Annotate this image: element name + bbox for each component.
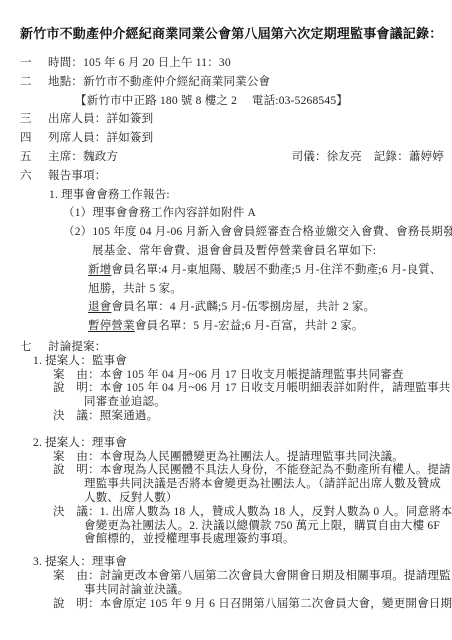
meta-attendees-text: 出席人員：詳如簽到: [48, 110, 153, 129]
new-members-list-text: 會員名單:4 月-東旭陽、駿居不動產;5 月-住洋不動產;6 月-良質、: [111, 264, 441, 276]
mc-label: 司儀：徐友亮: [292, 148, 362, 167]
section-reports-text: 報告事項：: [48, 167, 107, 186]
withdrawn-members-list-text: 會員名單：4 月-武麟;5 月-伍零捌房屋，共計 2 家。: [111, 301, 375, 313]
proposal-2-resolution-line1: 決 議：1. 出席人數為 18 人，贊成人數為 18 人，反對人數為 0 人。同…: [20, 506, 446, 520]
section-reports-heading: 六 報告事項：: [20, 167, 446, 186]
suspended-members-list-text: 會員名單：5 月-宏益;6 月-百富，共計 2 家。: [135, 320, 364, 332]
proposal-3-case-line1: 案 由：討論更改本會第八屆第二次會員大會開會日期及相關事項。提請理監: [20, 570, 446, 584]
proposal-1-desc-line1: 說 明：本會 105 年 04 月~06 月 17 日收支月帳明細表詳如附件，請…: [20, 382, 446, 396]
section-proposals-text: 討論提案：: [48, 341, 107, 355]
proposal-2-desc-line3: 人數、反對人數）: [20, 492, 446, 506]
meta-chair-text: 主席：魏政方: [48, 148, 118, 167]
proposal-1-proposer: 1. 提案人：監事會: [20, 355, 446, 369]
withdrawn-members-underlined-label: 退會: [88, 301, 111, 313]
withdrawn-members-line: 退會會員名單：4 月-武麟;5 月-伍零捌房屋，共計 2 家。: [20, 298, 446, 317]
meta-time-text: 時間：105 年 6 月 20 日上午 11：30: [48, 54, 231, 73]
meta-staff: 司儀：徐友亮 記錄：蕭婷婷: [292, 148, 446, 167]
meta-location-number: 二: [20, 73, 48, 92]
meta-attendees-number: 三: [20, 110, 48, 129]
proposal-3-case-line2: 事共同討論並決議。: [20, 584, 446, 598]
new-members-line1: 新增會員名單:4 月-東旭陽、駿居不動產;5 月-住洋不動產;6 月-良質、: [20, 261, 446, 280]
report-sub-1: （1）理事會會務工作內容詳如附件 A: [20, 204, 446, 223]
section-reports-number: 六: [20, 167, 48, 186]
proposal-3-desc-line1: 說 明：本會原定 105 年 9 月 6 日召開第八屆第二次會員大會，變更開會日…: [20, 598, 446, 612]
meta-observers: 四 列席人員：詳如簽到: [20, 129, 446, 148]
meta-chair: 五 主席：魏政方 司儀：徐友亮 記錄：蕭婷婷: [20, 148, 446, 167]
meta-location: 二 地點：新竹市不動產仲介經紀商業同業公會: [20, 73, 446, 92]
proposal-2-resolution-line2: 會變更為社團法人。2. 決議以總價款 750 萬元上限，購買自由大樓 6F: [20, 520, 446, 534]
meta-time: 一 時間：105 年 6 月 20 日上午 11：30: [20, 54, 446, 73]
meta-chair-number: 五: [20, 148, 48, 167]
proposals-section: 七 討論提案： 1. 提案人：監事會 案 由：本會 105 年 04 月~06 …: [20, 341, 446, 611]
section-proposals-number: 七: [20, 341, 48, 355]
suspended-members-underlined-label: 暫停營業: [88, 320, 135, 332]
document-title: 新竹市不動產仲介經紀商業同業公會第八屆第六次定期理監事會議記錄：: [20, 24, 446, 43]
meta-attendees: 三 出席人員：詳如簽到: [20, 110, 446, 129]
meta-time-number: 一: [20, 54, 48, 73]
report-item-1: 1. 理事會會務工作報告:: [20, 186, 446, 205]
proposal-2-resolution-line3: 會館標的，並授權理事長處理簽約事項。: [20, 533, 446, 547]
meta-observers-number: 四: [20, 129, 48, 148]
recorder-label: 記錄：蕭婷婷: [374, 148, 444, 167]
proposal-2-desc-line2: 理監事共同決議是否將本會變更為社團法人。（請詳記出席人數及贊成: [20, 478, 446, 492]
suspended-members-line: 暫停營業會員名單：5 月-宏益;6 月-百富，共計 2 家。: [20, 317, 446, 336]
new-members-line2: 旭勝，共計 5 家。: [20, 280, 446, 299]
location-address: 【新竹市中正路 180 號 8 樓之 2 電話:03-5268545】: [20, 92, 446, 111]
new-members-underlined-label: 新增: [88, 264, 111, 276]
report-sub-2-line1: （2）105 年度 04 月-06 月新入會會員經審查合格並繳交入會費、會務長期…: [20, 223, 446, 242]
proposal-2-proposer: 2. 提案人：理事會: [20, 437, 446, 451]
report-sub-2-line2: 展基金、常年會費、退會會員及暫停營業會員名單如下:: [20, 242, 446, 261]
meeting-minutes-page: 新竹市不動產仲介經紀商業同業公會第八屆第六次定期理監事會議記錄： 一 時間：10…: [0, 0, 452, 640]
meta-observers-text: 列席人員：詳如簽到: [48, 129, 153, 148]
meta-location-text: 地點：新竹市不動產仲介經紀商業同業公會: [48, 73, 270, 92]
proposal-2-case: 案 由：本會現為人民團體變更為社團法人。提請理監事共同決議。: [20, 451, 446, 465]
proposal-2-desc-line1: 說 明：本會現為人民團體不具法人身份，不能登記為不動產所有權人。提請: [20, 464, 446, 478]
proposal-1-desc-line2: 同審查並追認。: [20, 396, 446, 410]
section-proposals-heading: 七 討論提案：: [20, 341, 446, 355]
proposal-1-case: 案 由：本會 105 年 04 月~06 月 17 日收支月帳提請理監事共同審查: [20, 369, 446, 383]
proposal-1-resolution: 決 議：照案通過。: [20, 410, 446, 424]
proposal-3-proposer: 3. 提案人：理事會: [20, 556, 446, 570]
meta-and-reports-section: 一 時間：105 年 6 月 20 日上午 11：30 二 地點：新竹市不動產仲…: [20, 54, 446, 336]
